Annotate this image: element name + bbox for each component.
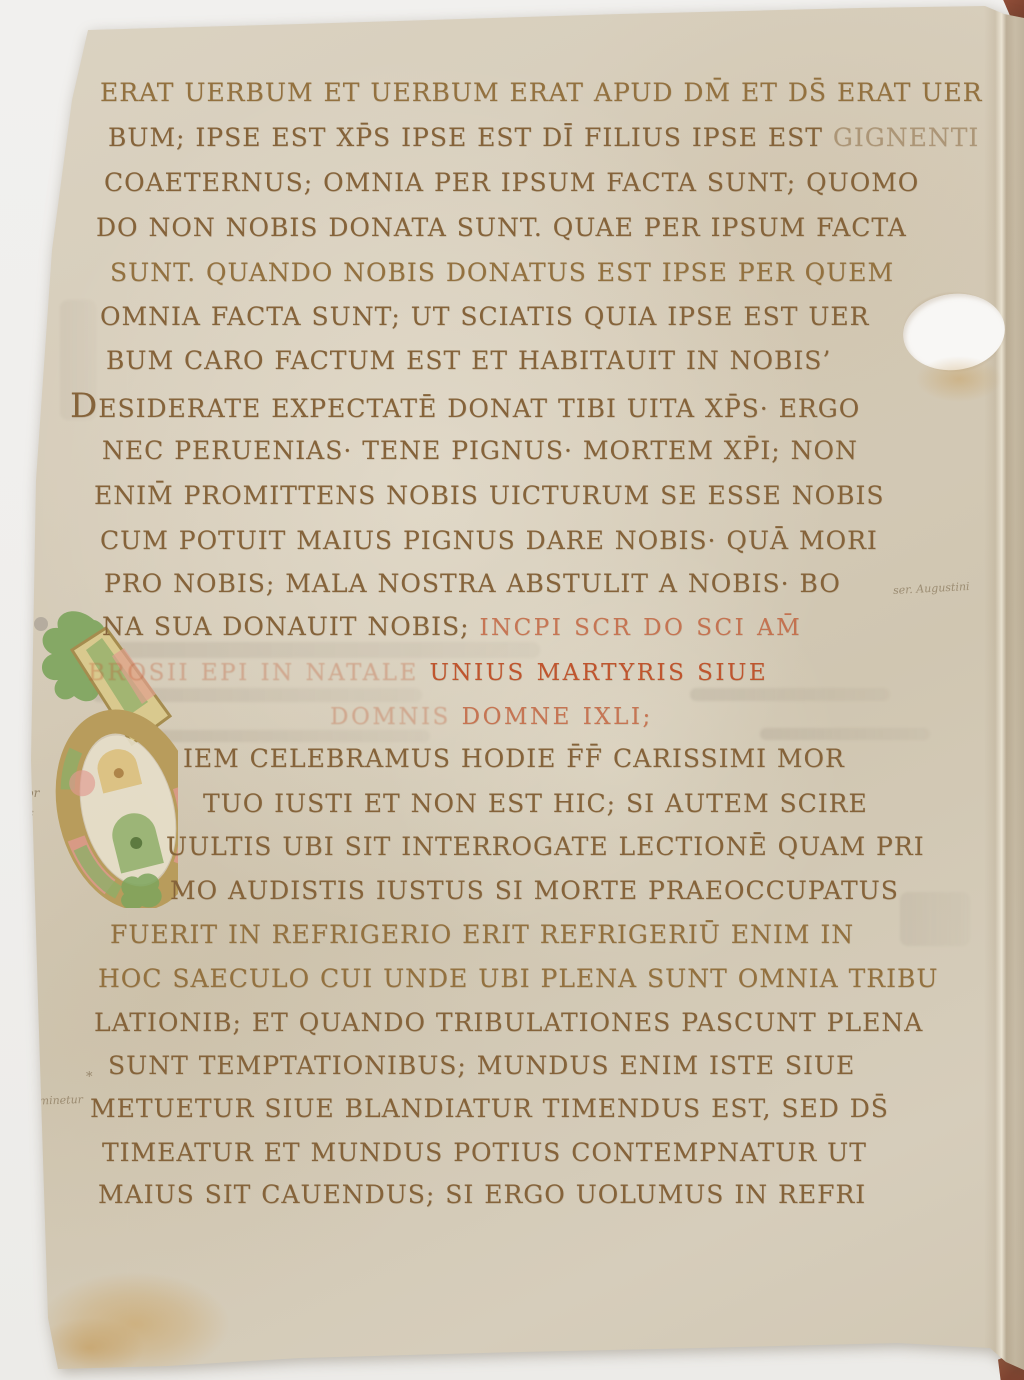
text-line-11: CUM POTUIT MAIUS PIGNUS DARE NOBIS· QUĀ … [100,524,878,558]
text-line-16: IEM CELEBRAMUS HODIE F̄F̄ CARISSIMI MOR [183,742,845,776]
manuscript-leaf-wrap: ERAT UERBUM ET UERBUM ERAT APUD DM̄ ET D… [0,0,1024,1380]
text-segment-faded: GIGNENTI [833,123,979,152]
text-segment: SUNT TEMPTATIONIBUS; MUNDUS ENIM ISTE SI… [108,1051,855,1080]
text-segment: MAIUS SIT CAUENDUS; SI ERGO UOLUMUS IN R… [98,1180,866,1209]
corner-stain [40,1272,230,1376]
text-line-21: HOC SAECULO CUI UNDE UBI PLENA SUNT OMNI… [98,962,938,996]
marginal-note-mor: mor [15,786,39,800]
text-line-13: NA SUA DONAUIT NOBIS; INCPI SCR DO SCI A… [102,610,802,645]
text-line-12: PRO NOBIS; MALA NOSTRA ABSTULIT A NOBIS·… [104,567,841,601]
rubric-segment-faded: DOMNIS [330,704,462,730]
text-segment: NEC PERUENIAS· TENE PIGNUS· MORTEM XP̄I;… [102,436,858,465]
text-segment: PRO NOBIS; MALA NOSTRA ABSTULIT A NOBIS·… [104,569,841,598]
text-line-19: MO AUDISTIS IUSTUS SI MORTE PRAEOCCUPATU… [170,874,899,908]
text-line-7: BUM CARO FACTUM EST ET HABITAUIT IN NOBI… [106,344,831,378]
text-segment: UULTIS UBI SIT INTERROGATE LECTIONĒ QUAM… [166,832,925,861]
text-segment: OMNIA FACTA SUNT; UT SCIATIS QUIA IPSE E… [100,302,869,331]
marginal-note-f: f. [18,765,26,779]
rubric-segment: UNIUS MARTYRIS SIUE [430,660,769,686]
text-line-20: FUERIT IN REFRIGERIO ERIT REFRIGERIŪ ENI… [110,918,854,952]
text-line-18: UULTIS UBI SIT INTERROGATE LECTIONĒ QUAM… [166,830,925,864]
text-line-25: TIMEATUR ET MUNDUS POTIUS CONTEMPNATUR U… [102,1136,867,1170]
text-line-5: SUNT. QUANDO NOBIS DONATUS EST IPSE PER … [110,256,894,290]
text-line-24: METUETUR SIUE BLANDIATUR TIMENDUS EST, S… [90,1092,889,1126]
show-through-streak [760,728,930,740]
text-line-2: BUM; IPSE EST XP̄S IPSE EST DĪ FILIUS IP… [108,121,979,155]
text-segment: NA SUA DONAUIT NOBIS; [102,612,479,641]
text-line-17: TUO IUSTI ET NON EST HIC; SI AUTEM SCIRE [203,787,868,821]
text-segment: HOC SAECULO CUI UNDE UBI PLENA SUNT OMNI… [98,964,938,993]
text-segment: CUM POTUIT MAIUS PIGNUS DARE NOBIS· QUĀ … [100,526,878,555]
text-line-10: ENIM̄ PROMITTENS NOBIS UICTURUM SE ESSE … [94,479,884,513]
manuscript-leaf: ERAT UERBUM ET UERBUM ERAT APUD DM̄ ET D… [0,0,1024,1380]
text-segment: BUM; IPSE EST XP̄S IPSE EST DĪ FILIUS IP… [108,123,833,152]
manuscript-photo: ERAT UERBUM ET UERBUM ERAT APUD DM̄ ET D… [0,0,1024,1380]
text-line-1: ERAT UERBUM ET UERBUM ERAT APUD DM̄ ET D… [100,76,983,110]
text-segment: SUNT. QUANDO NOBIS DONATUS EST IPSE PER … [110,258,894,287]
text-line-3: COAETERNUS; OMNIA PER IPSUM FACTA SUNT; … [104,166,919,200]
text-segment: DO NON NOBIS DONATA SUNT. QUAE PER IPSUM… [96,213,907,242]
text-segment: DESIDERATE EXPECTATĒ DONAT TIBI UITA XP̄… [70,394,860,423]
rubric-incipit: INCPI SCR DO SCI AM̄ [479,615,802,641]
text-line-22: LATIONIB; ET QUANDO TRIBULATIONES PASCUN… [94,1006,923,1040]
text-segment: ENIM̄ PROMITTENS NOBIS UICTURUM SE ESSE … [94,481,884,510]
text-line-4: DO NON NOBIS DONATA SUNT. QUAE PER IPSUM… [96,211,907,245]
corner-stain [34,1318,144,1378]
text-line-23: SUNT TEMPTATIONIBUS; MUNDUS ENIM ISTE SI… [108,1049,855,1083]
rubric-segment: DOMNE IXLI; [462,704,653,730]
text-line-8: DESIDERATE EXPECTATĒ DONAT TIBI UITA XP̄… [70,389,860,426]
star-mark: * [86,1070,93,1085]
text-segment: MO AUDISTIS IUSTUS SI MORTE PRAEOCCUPATU… [170,876,899,905]
text-segment: LATIONIB; ET QUANDO TRIBULATIONES PASCUN… [94,1008,923,1037]
text-line-9: NEC PERUENIAS· TENE PIGNUS· MORTEM XP̄I;… [102,434,858,468]
gutter-fold-crease [984,0,1024,1380]
marginal-note-tis: tis [19,806,34,820]
text-segment: TIMEATUR ET MUNDUS POTIUS CONTEMPNATUR U… [102,1138,867,1167]
text-segment: TUO IUSTI ET NON EST HIC; SI AUTEM SCIRE [203,789,868,818]
text-segment: IEM CELEBRAMUS HODIE F̄F̄ CARISSIMI MOR [183,744,845,773]
text-segment: BUM CARO FACTUM EST ET HABITAUIT IN NOBI… [106,346,831,375]
rubric-segment-faded: BROSII EPI IN NATALE [88,660,430,686]
text-line-6: OMNIA FACTA SUNT; UT SCIATIS QUIA IPSE E… [100,300,869,334]
marginal-note-minetur: s. minetur [26,1093,83,1108]
marginal-note-attribution: ser. Augustini [893,580,970,597]
text-segment: FUERIT IN REFRIGERIO ERIT REFRIGERIŪ ENI… [110,920,854,949]
rubric-line-14: BROSII EPI IN NATALE UNIUS MARTYRIS SIUE [88,655,768,690]
rubric-line-15: DOMNIS DOMNE IXLI; [330,699,653,734]
text-segment: METUETUR SIUE BLANDIATUR TIMENDUS EST, S… [90,1094,889,1123]
text-segment: COAETERNUS; OMNIA PER IPSUM FACTA SUNT; … [104,168,919,197]
show-through-streak [900,892,970,946]
initial-bottom-curl [121,873,162,908]
text-segment: ERAT UERBUM ET UERBUM ERAT APUD DM̄ ET D… [100,78,983,107]
text-line-26: MAIUS SIT CAUENDUS; SI ERGO UOLUMUS IN R… [98,1178,866,1212]
